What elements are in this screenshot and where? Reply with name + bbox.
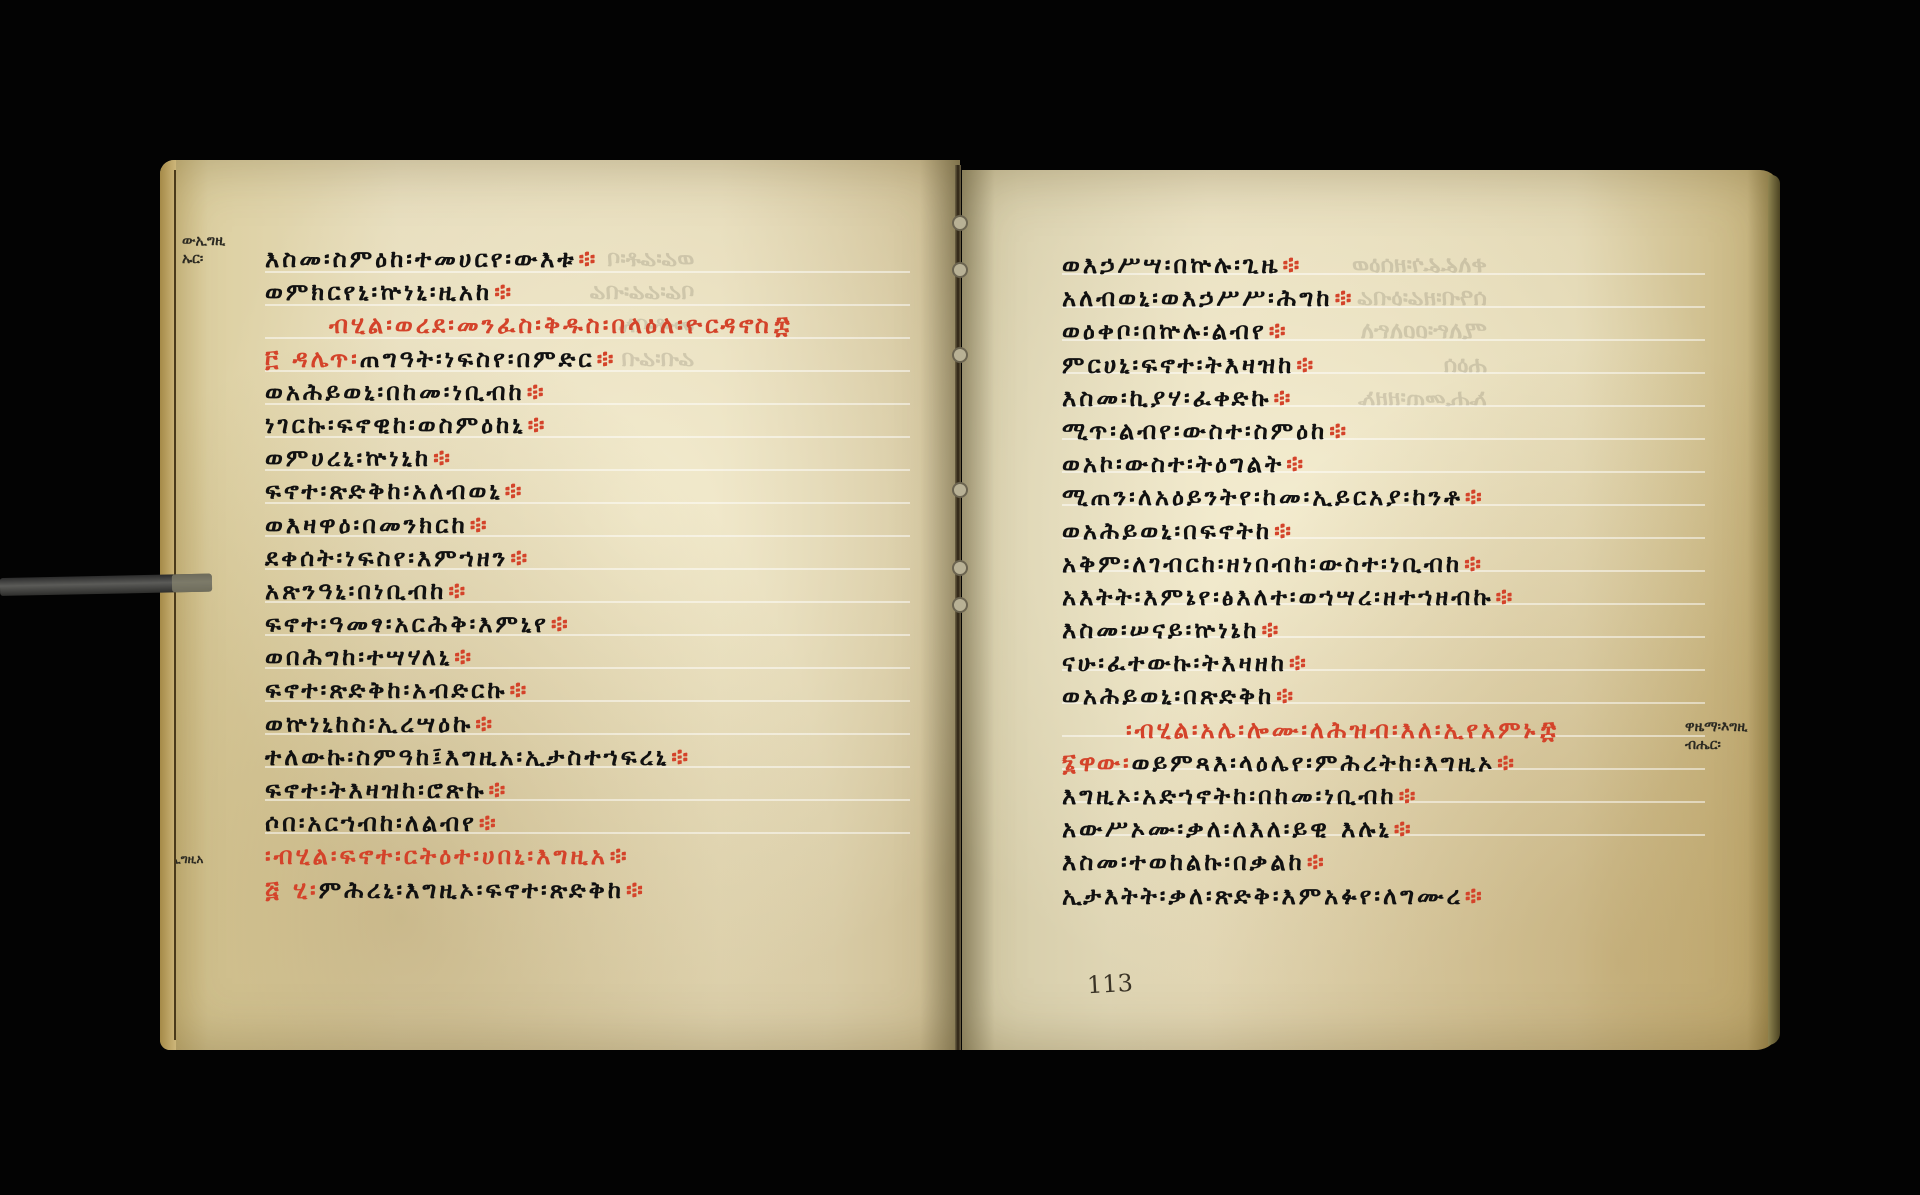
verse-divider-icon: ፨ bbox=[448, 577, 468, 605]
right-page-edge bbox=[1768, 175, 1780, 1045]
line-text: ፡ብሂል፡አሌ፡ሎሙ፡ለሕዝብ፡እለ፡ኢየአምኑ bbox=[1126, 716, 1538, 744]
text-line: ወእዛዋዕ፡በመንክርከ፨ bbox=[265, 509, 793, 542]
text-line: ፍኖተ፡ጽድቅከ፡አብድርኩ፨ bbox=[265, 674, 793, 707]
text-line: ፫ ዳሌጥ፡ጠግዓት፡ነፍስየ፡በምድር፨ bbox=[265, 343, 793, 376]
verse-divider-icon: ፨ bbox=[1269, 317, 1289, 345]
verse-divider-icon: ፨ bbox=[1399, 782, 1419, 810]
line-text: ወአሕይወኒ፡በፍኖትከ bbox=[1062, 517, 1272, 545]
text-line: ተለውኩ፡ስምዓከ፤እግዚአ፡ኢታስተኀፍረኒ፨ bbox=[265, 741, 793, 774]
folio-number: 113 bbox=[1086, 969, 1133, 999]
text-line: እስመ፡ስምዕከ፡ተመሀርየ፡ውእቱ፨ bbox=[265, 243, 793, 276]
text-line: ወእኃሥሣ፡በኵሉ፡ጊዜ፨ bbox=[1062, 249, 1559, 282]
line-text: ወእኃሥሣ፡በኵሉ፡ጊዜ bbox=[1062, 251, 1281, 279]
verse-divider-icon: ፨ bbox=[510, 544, 530, 572]
left-page-text: እስመ፡ስምዕከ፡ተመሀርየ፡ውእቱ፨ወምክርየኒ፡ኵነኒ፡ዚአከ፨ብሂል፡ወረ… bbox=[265, 243, 793, 907]
line-text: ሶበ፡አርኀብከ፡ለልብየ bbox=[265, 809, 477, 837]
text-line: ኢታእትት፡ቃለ፡ጽድቅ፡እምአፉየ፡ለግሙረ፨ bbox=[1062, 880, 1559, 913]
verse-divider-icon: ፨ bbox=[626, 876, 646, 904]
verse-divider-icon: ፨ bbox=[597, 345, 617, 373]
verse-divider-icon: ፨ bbox=[509, 676, 529, 704]
line-text: አውሥኦሙ፡ቃለ፡ለእለ፡ይዊ እሉኒ bbox=[1062, 815, 1392, 843]
line-text: ወይምጻእ፡ላዕሌየ፡ምሕረትከ፡እግዚኦ bbox=[1132, 749, 1496, 777]
margin-note-right: ዋዜማ፡እግዚ ብሔር፡ bbox=[1685, 718, 1747, 754]
verse-divider-icon: ፨ bbox=[610, 842, 630, 870]
line-text: ወኵነኒከስ፡ኢረሣዕኩ bbox=[265, 710, 473, 738]
verse-divider-icon: ፨ bbox=[1283, 251, 1303, 279]
text-line: ፮ዋው፡ወይምጻእ፡ላዕሌየ፡ምሕረትከ፡እግዚኦ፨ bbox=[1062, 747, 1559, 780]
text-line: አለብወኒ፡ወእኃሥሥ፡ሕግከ፨ bbox=[1062, 282, 1559, 315]
text-line: አቅም፡ለገብርከ፡ዘነበብከ፡ውስተ፡ነቢብከ፨ bbox=[1062, 548, 1559, 581]
verse-divider-icon: ፨ bbox=[1497, 749, 1517, 777]
right-page: ቀለፈፈጎ፡ዘሰዕወሰዓብ፡ዘሬ፡ዕብሬሚለዮ፡ዐዐለዮለሐዕሰኤሒመጠ፡ዘዘኤ… bbox=[962, 170, 1780, 1050]
line-text: እስመ፡ስምዕከ፡ተመሀርየ፡ውእቱ bbox=[265, 245, 577, 273]
left-page: ወሬ፡ሬቶ፡ባባሬ፡ሬሬ፡ብሬሙቶ፡ባኡሬብ፡ሬብ ውኢግዚ ኡር፡ ፡ኢግዚአ… bbox=[160, 160, 960, 1050]
text-line: አእትት፡እምኔየ፡ፅእለተ፡ወኀሣረ፡ዘተኀዘብኩ፨ bbox=[1062, 581, 1559, 614]
line-text: ወአኮ፡ውስተ፡ትዕግልት bbox=[1062, 450, 1284, 478]
right-page-text: ወእኃሥሣ፡በኵሉ፡ጊዜ፨አለብወኒ፡ወእኃሥሥ፡ሕግከ፨ወዕቀቦ፡በኵሉ፡ልብ… bbox=[1062, 249, 1559, 913]
verse-divider-icon: ፨ bbox=[527, 378, 547, 406]
text-line: እስመ፡ሠናይ፡ኵነኔከ፨ bbox=[1062, 614, 1559, 647]
text-line: ፭ ሂ፡ምሕረኒ፡እግዚኦ፡ፍኖተ፡ጽድቅከ፨ bbox=[265, 874, 793, 907]
line-text: ተለውኩ፡ስምዓከ፤እግዚአ፡ኢታስተኀፍረኒ bbox=[265, 743, 669, 771]
line-text: ደቀሰት፡ነፍስየ፡እምኀዘን bbox=[265, 544, 508, 572]
line-text: ፡ብሂል፡ፍኖተ፡ርትዕተ፡ሀበኒ፡እግዚአ bbox=[265, 842, 608, 870]
text-line: ወምሀረኒ፡ኵነኒከ፨ bbox=[265, 442, 793, 475]
verse-divider-icon: ፨ bbox=[475, 710, 495, 738]
line-text: ብሂል፡ወረደ፡መንፈስ፡ቅዱስ፡በላዕለ፡ዮርዳኖስ bbox=[329, 311, 772, 339]
text-line: እስመ፡ኪያሃ፡ፈቀድኩ፨ bbox=[1062, 382, 1559, 415]
verse-divider-icon: ፨ bbox=[1261, 616, 1281, 644]
text-line: ወምክርየኒ፡ኵነኒ፡ዚአከ፨ bbox=[265, 276, 793, 309]
verse-divider-icon: ፨ bbox=[579, 245, 599, 273]
verse-divider-icon: ፨ bbox=[671, 743, 691, 771]
line-text: ምርሀኒ፡ፍኖተ፡ትእዛዝከ bbox=[1062, 351, 1294, 379]
verse-divider-icon: ፨ bbox=[505, 477, 525, 505]
verse-divider-icon: ፨ bbox=[1273, 384, 1293, 412]
line-text: ፍኖተ፡ዓመፃ፡አርሕቅ፡እምኒየ bbox=[265, 610, 549, 638]
binding-stitch bbox=[952, 560, 968, 576]
line-text: ፍኖተ፡ትእዛዝከ፡ሮጽኩ bbox=[265, 776, 487, 804]
text-line: አውሥኦሙ፡ቃለ፡ለእለ፡ይዊ እሉኒ፨ bbox=[1062, 813, 1559, 846]
verse-divider-icon: ፨ bbox=[479, 809, 499, 837]
line-text: ሚጠን፡ለአዕይንትየ፡ከመ፡ኢይርአያ፡ከንቶ bbox=[1062, 483, 1463, 511]
binding-stitch bbox=[952, 597, 968, 613]
text-line: ወበሕግከ፡ተሣሃለኒ፨ bbox=[265, 641, 793, 674]
text-line: ወአሕይወኒ፡በከመ፡ነቢብከ፨ bbox=[265, 376, 793, 409]
text-line: ወኵነኒከስ፡ኢረሣዕኩ፨ bbox=[265, 708, 793, 741]
verse-divider-icon: ፨ bbox=[1465, 882, 1485, 910]
text-line: ናሁ፡ፈተውኩ፡ትእዛዘከ፨ bbox=[1062, 647, 1559, 680]
verse-divider-icon: ፰ bbox=[774, 311, 793, 339]
binding-stitch bbox=[952, 347, 968, 363]
verse-divider-icon: ፨ bbox=[1329, 417, 1349, 445]
line-text: ናሁ፡ፈተውኩ፡ትእዛዘከ bbox=[1062, 649, 1287, 677]
binding-stitch bbox=[952, 482, 968, 498]
verse-divider-icon: ፨ bbox=[1307, 848, 1327, 876]
line-text: ሚጥ፡ልብየ፡ውስተ፡ስምዕከ bbox=[1062, 417, 1327, 445]
line-text: አእትት፡እምኔየ፡ፅእለተ፡ወኀሣረ፡ዘተኀዘብኩ bbox=[1062, 583, 1494, 611]
text-line: ነገርኩ፡ፍኖዊከ፡ወስምዕከኒ፨ bbox=[265, 409, 793, 442]
verse-divider-icon: ፨ bbox=[551, 610, 571, 638]
left-page-edge bbox=[160, 160, 176, 1050]
line-text: ፍኖተ፡ጽድቅከ፡አብድርኩ bbox=[265, 676, 507, 704]
line-text: እስመ፡ሠናይ፡ኵነኔከ bbox=[1062, 616, 1259, 644]
line-text: አለብወኒ፡ወእኃሥሥ፡ሕግከ bbox=[1062, 284, 1333, 312]
text-line: ሚጥ፡ልብየ፡ውስተ፡ስምዕከ፨ bbox=[1062, 415, 1559, 448]
section-letter: ፮ዋው፡ bbox=[1062, 749, 1132, 777]
text-line: ወአሕይወኒ፡በጽድቅከ፨ bbox=[1062, 680, 1559, 713]
line-text: ወእዛዋዕ፡በመንክርከ bbox=[265, 511, 468, 539]
verse-divider-icon: ፨ bbox=[1335, 284, 1355, 312]
rubric-line: ፡ብሂል፡ፍኖተ፡ርትዕተ፡ሀበኒ፡እግዚአ፨ bbox=[265, 840, 793, 873]
verse-divider-icon: ፨ bbox=[489, 776, 509, 804]
text-line: ደቀሰት፡ነፍስየ፡እምኀዘን፨ bbox=[265, 542, 793, 575]
binding-stitch bbox=[952, 262, 968, 278]
rubric-line: ብሂል፡ወረደ፡መንፈስ፡ቅዱስ፡በላዕለ፡ዮርዳኖስ፰ bbox=[265, 309, 793, 342]
line-text: ጠግዓት፡ነፍስየ፡በምድር bbox=[360, 345, 595, 373]
text-line: ፍኖተ፡ትእዛዝከ፡ሮጽኩ፨ bbox=[265, 774, 793, 807]
line-text: እስመ፡ተወከልኩ፡በቃልከ bbox=[1062, 848, 1305, 876]
line-text: ኢታእትት፡ቃለ፡ጽድቅ፡እምአፉየ፡ለግሙረ bbox=[1062, 882, 1463, 910]
verse-divider-icon: ፨ bbox=[528, 411, 548, 439]
text-line: ሚጠን፡ለአዕይንትየ፡ከመ፡ኢይርአያ፡ከንቶ፨ bbox=[1062, 481, 1559, 514]
line-text: አጽንዓኒ፡በነቢብከ bbox=[265, 577, 446, 605]
line-text: እግዚኦ፡አድኀኖትከ፡በከመ፡ነቢብከ bbox=[1062, 782, 1397, 810]
section-letter: ፭ ሂ፡ bbox=[265, 876, 319, 904]
text-line: ሶበ፡አርኀብከ፡ለልብየ፨ bbox=[265, 807, 793, 840]
verse-divider-icon: ፨ bbox=[470, 511, 490, 539]
text-line: ፍኖተ፡ጽድቅከ፡አለብወኒ፨ bbox=[265, 475, 793, 508]
line-text: ወአሕይወኒ፡በከመ፡ነቢብከ bbox=[265, 378, 525, 406]
line-text: አቅም፡ለገብርከ፡ዘነበብከ፡ውስተ፡ነቢብከ bbox=[1062, 550, 1462, 578]
verse-divider-icon: ፰ bbox=[1540, 716, 1559, 744]
text-line: ወዕቀቦ፡በኵሉ፡ልብየ፨ bbox=[1062, 315, 1559, 348]
verse-divider-icon: ፨ bbox=[433, 444, 453, 472]
text-line: ወአኮ፡ውስተ፡ትዕግልት፨ bbox=[1062, 448, 1559, 481]
text-line: አጽንዓኒ፡በነቢብከ፨ bbox=[265, 575, 793, 608]
binding-stitch bbox=[952, 215, 968, 231]
line-text: ወምሀረኒ፡ኵነኒከ bbox=[265, 444, 431, 472]
line-text: እስመ፡ኪያሃ፡ፈቀድኩ bbox=[1062, 384, 1271, 412]
verse-divider-icon: ፨ bbox=[494, 278, 514, 306]
verse-divider-icon: ፨ bbox=[1464, 550, 1484, 578]
verse-divider-icon: ፨ bbox=[1276, 682, 1296, 710]
text-line: ምርሀኒ፡ፍኖተ፡ትእዛዝከ፨ bbox=[1062, 349, 1559, 382]
section-letter: ፫ ዳሌጥ፡ bbox=[265, 345, 360, 373]
line-text: ወአሕይወኒ፡በጽድቅከ bbox=[1062, 682, 1274, 710]
verse-divider-icon: ፨ bbox=[1289, 649, 1309, 677]
line-text: ፍኖተ፡ጽድቅከ፡አለብወኒ bbox=[265, 477, 503, 505]
verse-divider-icon: ፨ bbox=[1296, 351, 1316, 379]
line-text: ወዕቀቦ፡በኵሉ፡ልብየ bbox=[1062, 317, 1267, 345]
verse-divider-icon: ፨ bbox=[454, 643, 474, 671]
text-line: እግዚኦ፡አድኀኖትከ፡በከመ፡ነቢብከ፨ bbox=[1062, 780, 1559, 813]
line-text: ወምክርየኒ፡ኵነኒ፡ዚአከ bbox=[265, 278, 492, 306]
verse-divider-icon: ፨ bbox=[1496, 583, 1516, 611]
verse-divider-icon: ፨ bbox=[1286, 450, 1306, 478]
verse-divider-icon: ፨ bbox=[1465, 483, 1485, 511]
text-line: እስመ፡ተወከልኩ፡በቃልከ፨ bbox=[1062, 846, 1559, 879]
verse-divider-icon: ፨ bbox=[1394, 815, 1414, 843]
verse-divider-icon: ፨ bbox=[1274, 517, 1294, 545]
text-line: ፍኖተ፡ዓመፃ፡አርሕቅ፡እምኒየ፨ bbox=[265, 608, 793, 641]
rubric-line: ፡ብሂል፡አሌ፡ሎሙ፡ለሕዝብ፡እለ፡ኢየአምኑ፰ bbox=[1062, 714, 1559, 747]
line-text: ወበሕግከ፡ተሣሃለኒ bbox=[265, 643, 452, 671]
margin-note-upper: ውኢግዚ ኡር፡ bbox=[182, 232, 225, 268]
text-line: ወአሕይወኒ፡በፍኖትከ፨ bbox=[1062, 515, 1559, 548]
line-text: ምሕረኒ፡እግዚኦ፡ፍኖተ፡ጽድቅከ bbox=[319, 876, 624, 904]
line-text: ነገርኩ፡ፍኖዊከ፡ወስምዕከኒ bbox=[265, 411, 526, 439]
